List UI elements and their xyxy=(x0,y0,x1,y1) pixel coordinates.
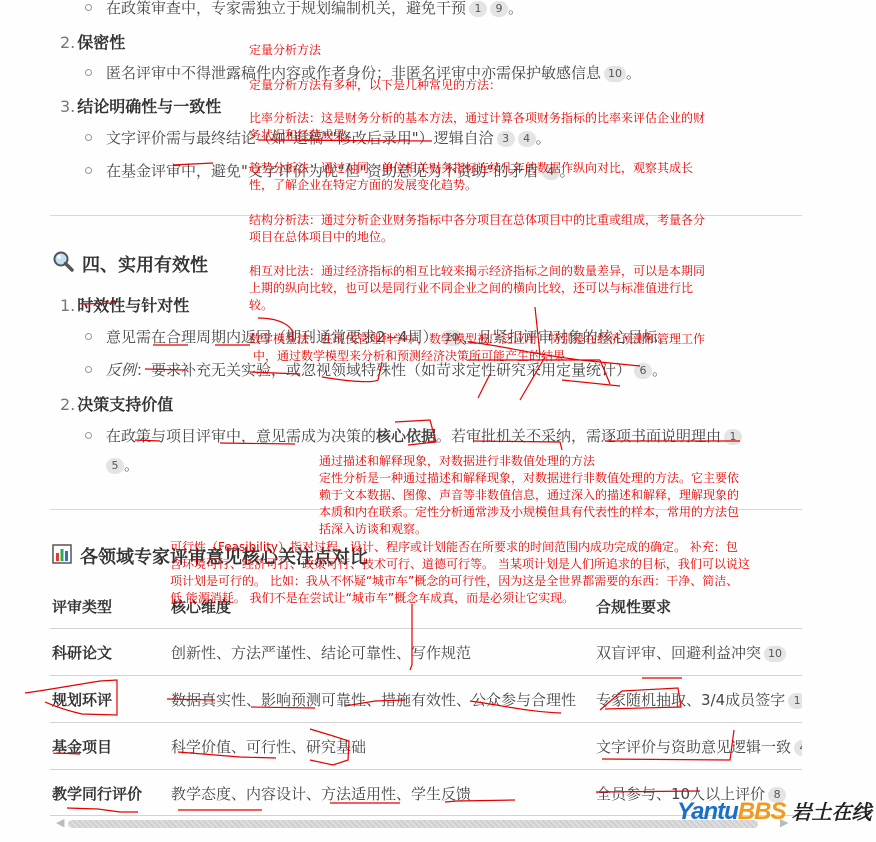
annotation-ratio: 比率分析法：这是财务分析的基本方法，通过计算各项财务指标的比率来评估企业的财 务… xyxy=(249,110,705,144)
section-heading-practical: 四、实用有效性 xyxy=(52,250,208,277)
annotation-qualitative: 通过描述和解释现象，对数据进行非数值处理的方法 定性分析是一种通过描述和解释现象… xyxy=(319,453,739,538)
annotation-quant-title: 定量分析方法 xyxy=(249,42,321,59)
subheading-consistency: 3.结论明确性与一致性 xyxy=(60,94,221,117)
annotation-structure: 结构分析法：通过分析企业财务指标中各分项目在总体项目中的比重或组成，考量各分 项… xyxy=(249,212,705,246)
table-row-divider xyxy=(50,769,802,770)
citation-badge[interactable]: 4 xyxy=(794,740,802,756)
bullet-independence: 在政策审查中，专家需独立于规划编制机关，避免干预19。 xyxy=(106,0,523,18)
yantubbs-watermark-logo: YantuBBS岩土在线 xyxy=(677,796,871,826)
citation-badge[interactable]: 9 xyxy=(490,1,508,17)
citation-badge[interactable]: 1 xyxy=(724,429,742,445)
table-row-divider xyxy=(50,675,802,676)
citation-badge[interactable]: 6 xyxy=(634,363,652,379)
subheading-confidentiality: 2.保密性 xyxy=(60,30,125,53)
table-header-divider xyxy=(50,628,802,629)
annotation-mutual: 相互对比法：通过经济指标的相互比较来揭示经济指标之间的数量差异，可以是本期同 上… xyxy=(249,263,705,314)
annotation-math-model: 数学模型法：在现代管理科学中，数学模型被广泛应用，特别是在经济预测和管理工作 中… xyxy=(249,331,705,365)
subheading-timeliness: 1.时效性与针对性 xyxy=(60,293,189,316)
table-header-type: 评审类型 xyxy=(52,596,112,617)
subheading-decision-support: 2.决策支持价值 xyxy=(60,392,173,415)
bullet-decision-support-wrap: 5。 xyxy=(106,454,139,475)
annotation-quant-intro: 定量分析方法有多种，以下是几种常见的方法： xyxy=(249,77,501,94)
annotation-feasibility: 可行性（Feasibility）指对过程、设计、程序或计划能否在所要求的时间范围… xyxy=(170,539,750,607)
magnifier-icon xyxy=(52,250,74,277)
citation-badge[interactable]: 5 xyxy=(106,458,124,474)
citation-badge[interactable]: 10 xyxy=(764,646,786,662)
citation-badge[interactable]: 10 xyxy=(604,66,626,82)
citation-badge[interactable]: 1 xyxy=(469,1,487,17)
scroll-left-arrow-icon[interactable]: ◀ xyxy=(56,816,64,829)
bar-chart-icon xyxy=(52,544,72,569)
table-row-divider xyxy=(50,722,802,723)
bullet-decision-support: 在政策与项目评审中，意见需成为决策的核心依据。若审批机关不采纳，需逐项书面说明理… xyxy=(106,425,742,446)
citation-badge[interactable]: 1 xyxy=(788,693,802,709)
scrollbar-thumb[interactable] xyxy=(68,820,758,828)
annotation-trend: 趋势分析法：通过对同一单位相关财务指标连续几年的数据作纵向对比，观察其成长 性，… xyxy=(249,160,693,194)
